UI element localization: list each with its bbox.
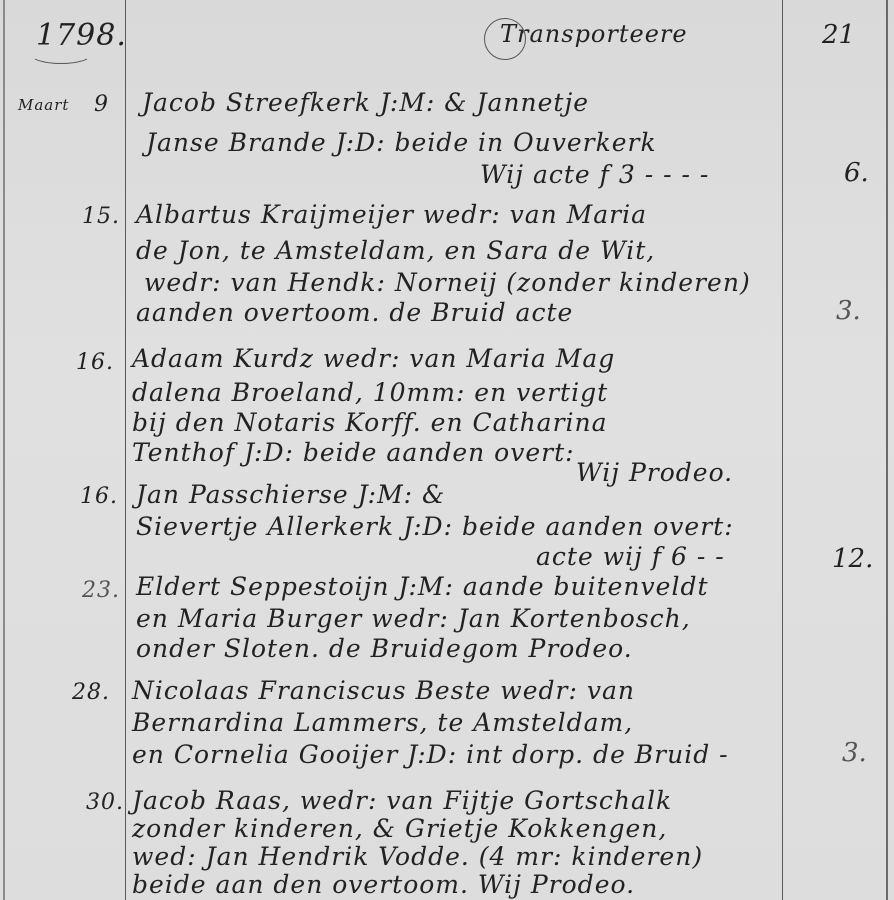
entry-line: en Cornelia Gooijer J:D: int dorp. de Br… (132, 740, 729, 769)
entry-line: Sievertje Allerkerk J:D: beide aanden ov… (136, 512, 734, 541)
entry-amount: 3. (842, 738, 867, 768)
entry-amount: 6. (844, 158, 869, 188)
entry-day: 28. (72, 680, 110, 705)
entry-line: beide aan den overtoom. Wij Prodeo. (132, 870, 635, 899)
carried-amount: 21 (822, 20, 855, 50)
entry-line: Jan Passchierse J:M: & (136, 480, 445, 509)
entry-day: 16. (80, 484, 118, 509)
entry-line: Adaam Kurdz wedr: van Maria Mag (132, 344, 615, 373)
entry-line: aanden overtoom. de Bruid acte (136, 298, 573, 327)
entry-line: wedr: van Hendk: Norneij (zonder kindere… (144, 268, 751, 297)
page-heading: Transporteere (500, 20, 688, 48)
entry-line: Nicolaas Franciscus Beste wedr: van (132, 676, 635, 705)
entry-line: wed: Jan Hendrik Vodde. (4 mr: kinderen) (132, 842, 703, 871)
page-right-rule (886, 0, 888, 900)
entry-line: dalena Broeland, 10mm: en vertigt (132, 378, 608, 407)
ledger-page: 1798. Transporteere 21 Maart 9 Jacob Str… (0, 0, 894, 900)
entry-line: Jacob Streefkerk J:M: & Jannetje (142, 88, 589, 117)
entry-line: Bernardina Lammers, te Amsteldam, (132, 708, 633, 737)
entry-amount: 3. (836, 296, 861, 326)
entry-line: Albartus Kraijmeijer wedr: van Maria (136, 200, 647, 229)
entry-line: Eldert Seppestoijn J:M: aande buitenveld… (136, 572, 709, 601)
entry-day: 23. (82, 578, 120, 603)
entry-line: Janse Brande J:D: beide in Ouverkerk (146, 128, 657, 157)
entry-line: en Maria Burger wedr: Jan Kortenbosch, (136, 604, 691, 633)
date-column-rule (125, 0, 126, 900)
entry-line: Wij acte f 3 - - - - (480, 160, 709, 189)
entry-day: 30. (86, 790, 124, 815)
entry-line: bij den Notaris Korff. en Catharina (132, 408, 608, 437)
page-edge-rule (3, 0, 5, 900)
entry-day: 15. (82, 204, 120, 229)
amount-column-rule (782, 0, 783, 900)
entry-day: 16. (76, 350, 114, 375)
entry-line: de Jon, te Amsteldam, en Sara de Wit, (136, 236, 655, 265)
entry-line: Wij Prodeo. (576, 458, 733, 487)
entry-amount: 12. (832, 544, 873, 574)
entry-line: zonder kinderen, & Grietje Kokkengen, (132, 814, 667, 843)
heading-flourish (484, 18, 526, 60)
entry-line: Tenthof J:D: beide aanden overt: (132, 438, 575, 467)
entry-line: onder Sloten. de Bruidegom Prodeo. (136, 634, 633, 663)
entry-line: acte wij f 6 - - (536, 542, 725, 571)
month-label: Maart (18, 96, 69, 114)
entry-line: Jacob Raas, wedr: van Fijtje Gortschalk (132, 786, 672, 815)
entry-day: 9 (94, 92, 109, 117)
year-flourish (30, 44, 92, 64)
